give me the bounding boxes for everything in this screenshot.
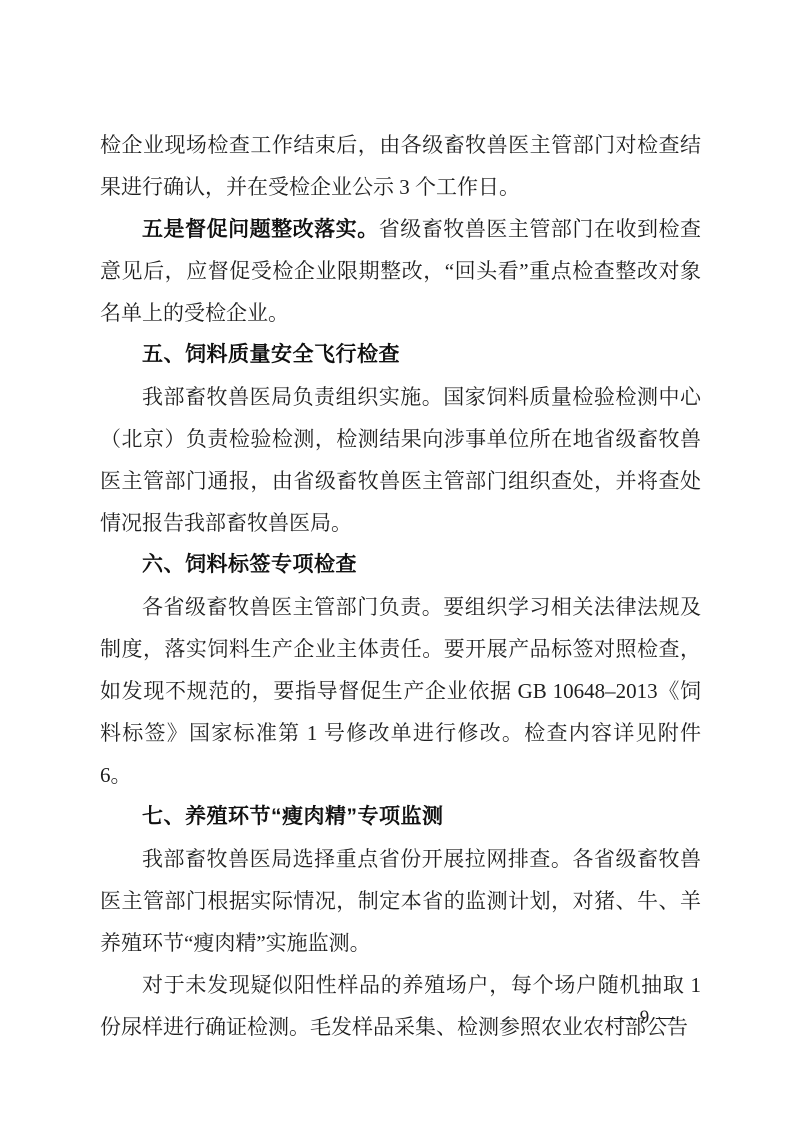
document-body: 检企业现场检查工作结束后，由各级畜牧兽医主管部门对检查结果进行确认，并在受检企业… (100, 124, 701, 1048)
paragraph-section-7-body-2: 对于未发现疑似阳性样品的养殖场户，每个场户随机抽取 1 份尿样进行确证检测。毛发… (100, 964, 701, 1048)
paragraph-bold-lead: 五是督促问题整改落实。 (142, 217, 379, 241)
section-heading-5-feed-quality-flight-inspection: 五、饲料质量安全飞行检查 (100, 334, 701, 376)
section-heading-6-feed-label-special-inspection: 六、饲料标签专项检查 (100, 544, 701, 586)
section-heading-7-clenbuterol-monitoring: 七、养殖环节“瘦肉精”专项监测 (100, 796, 701, 838)
paragraph-five-rectification: 五是督促问题整改落实。省级畜牧兽医主管部门在收到检查意见后，应督促受检企业限期整… (100, 208, 701, 334)
page-number: — 9 — (614, 1004, 676, 1032)
paragraph-section-5-body: 我部畜牧兽医局负责组织实施。国家饲料质量检验检测中心（北京）负责检验检测，检测结… (100, 376, 701, 544)
paragraph-continued-from-previous-page: 检企业现场检查工作结束后，由各级畜牧兽医主管部门对检查结果进行确认，并在受检企业… (100, 124, 701, 208)
paragraph-section-7-body-1: 我部畜牧兽医局选择重点省份开展拉网排查。各省级畜牧兽医主管部门根据实际情况，制定… (100, 838, 701, 964)
document-page: 检企业现场检查工作结束后，由各级畜牧兽医主管部门对检查结果进行确认，并在受检企业… (0, 0, 794, 1123)
paragraph-section-6-body: 各省级畜牧兽医主管部门负责。要组织学习相关法律法规及制度，落实饲料生产企业主体责… (100, 586, 701, 796)
